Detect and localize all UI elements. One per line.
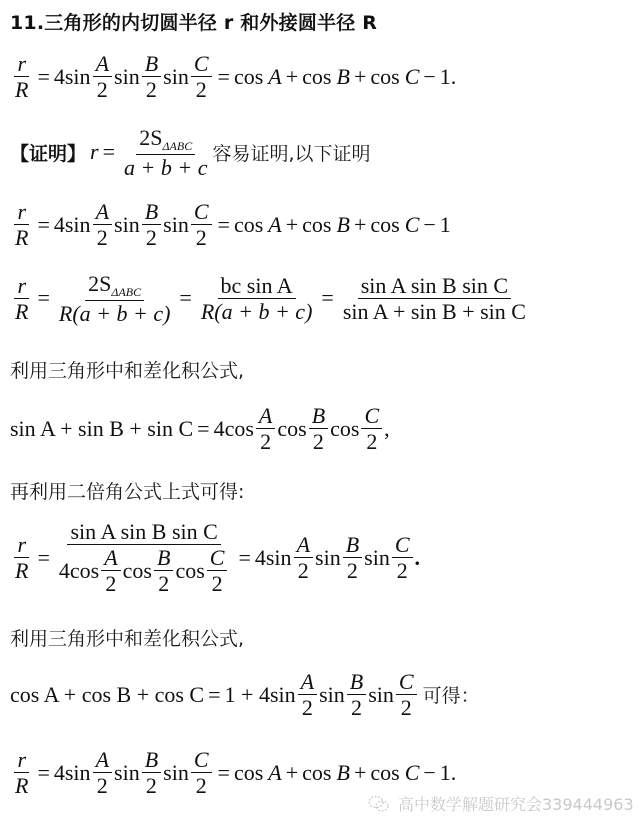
text-sum-to-product: 利用三角形中和差化积公式, (10, 356, 244, 383)
text-double-angle: 再利用二倍角公式上式可得: (10, 477, 244, 504)
equation-ratio-chain: rR = 2SΔABC R(a + b + c) = bc sin A R(a … (10, 272, 531, 325)
proof-intro: 【证明】 r = 2SΔABC a + b + c 容易证明,以下证明 (10, 126, 371, 179)
fraction-A-over-2: A2 (93, 52, 112, 101)
fraction-r-over-R: rR (12, 52, 31, 101)
watermark-text: 高中数学解题研究会339444963 (398, 792, 634, 815)
fraction-C-over-2: C2 (191, 52, 212, 101)
equation-conclusion: rR = 4sin A2 sin B2 sin C2 = cosA + cosB… (10, 748, 456, 797)
document-page: 11.三角形的内切圆半径 r 和外接圆半径 R rR = 4sin A2 sin… (0, 0, 640, 833)
fraction-bcsinA-over-R-perimeter: bc sin A R(a + b + c) (198, 274, 316, 323)
equation-cosine-sum: cos A + cos B + cos C = 1 + 4sin A2 sin … (10, 670, 480, 719)
equation-sine-sum: sin A + sin B + sin C = 4cos A2 cos B2 c… (10, 404, 390, 453)
equation-to-prove: rR = 4sin A2 sin B2 sin C2 = cosA + cosB… (10, 200, 451, 249)
fraction-sine-product-over-cos-product: sin A sin B sin C 4cos A2 cos B2 cos C2 (56, 520, 233, 595)
proof-label: 【证明】 (10, 139, 86, 166)
text-sum-to-product-2: 利用三角形中和差化积公式, (10, 624, 244, 651)
fraction-sine-product-over-sine-sum: sin A sin B sin C sin A + sin B + sin C (340, 274, 529, 323)
wechat-icon (368, 795, 390, 813)
equation-statement: rR = 4sin A2 sin B2 sin C2 = cosA + cosB… (10, 52, 456, 101)
fraction-B-over-2: B2 (142, 52, 161, 101)
equation-simplified: rR = sin A sin B sin C 4cos A2 cos B2 co… (10, 520, 420, 595)
watermark: 高中数学解题研究会339444963 (368, 792, 634, 815)
fraction-area-over-R-perimeter: 2SΔABC R(a + b + c) (56, 272, 174, 325)
fraction-2S-over-perimeter: 2SΔABC a + b + c (121, 126, 210, 179)
section-title: 11.三角形的内切圆半径 r 和外接圆半径 R (10, 8, 377, 35)
